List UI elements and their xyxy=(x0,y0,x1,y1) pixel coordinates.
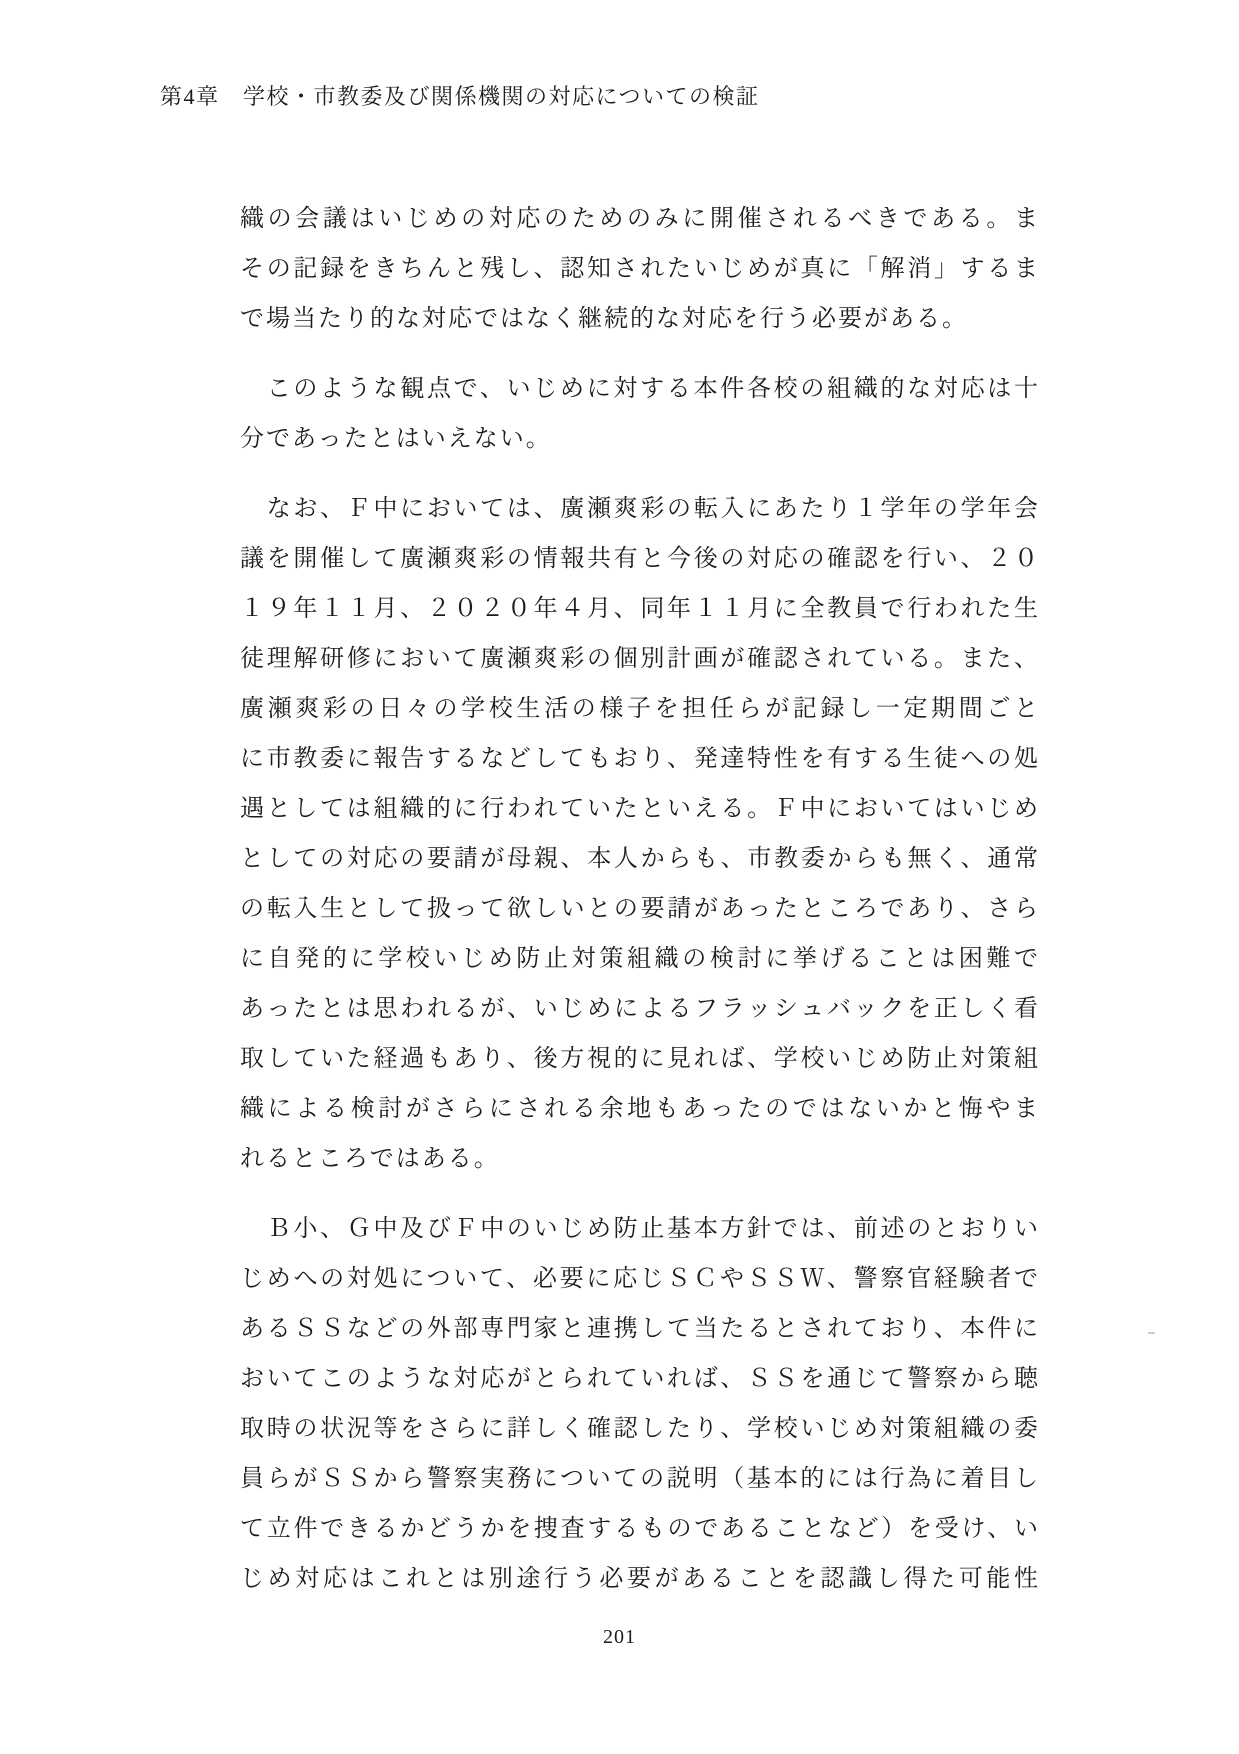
paragraph: このような観点で、いじめに対する本件各校の組織的な対応は十 分であったとはいえな… xyxy=(240,364,1040,464)
text-line: れるところではある。 xyxy=(240,1134,1040,1184)
text-line: に自発的に学校いじめ防止対策組織の検討に挙げることは困難で xyxy=(240,934,1040,984)
chapter-header: 第4章 学校・市教委及び関係機関の対応についての検証 xyxy=(160,80,760,111)
text-line: て立件できるかどうかを捜査するものであることなど）を受け、い xyxy=(240,1504,1040,1554)
text-line: 分であったとはいえない。 xyxy=(240,414,1040,464)
text-line: 廣瀬爽彩の日々の学校生活の様子を担任らが記録し一定期間ごと xyxy=(240,684,1040,734)
scan-artifact-dot xyxy=(1148,1332,1155,1334)
text-line: 員らがＳＳから警察実務についての説明（基本的には行為に着目し xyxy=(240,1454,1040,1504)
text-line: に市教委に報告するなどしてもおり、発達特性を有する生徒への処 xyxy=(240,734,1040,784)
paragraph: 織の会議はいじめの対応のためのみに開催されるべきである。また、 その記録をきちん… xyxy=(240,194,1040,344)
text-line: 議を開催して廣瀬爽彩の情報共有と今後の対応の確認を行い、２０ xyxy=(240,534,1040,584)
text-line: 遇としては組織的に行われていたといえる。Ｆ中においてはいじめ xyxy=(240,784,1040,834)
text-line: で場当たり的な対応ではなく継続的な対応を行う必要がある。 xyxy=(240,294,1040,344)
text-line: 徒理解研修において廣瀬爽彩の個別計画が確認されている。また、 xyxy=(240,634,1040,684)
text-line: なお、Ｆ中においては、廣瀬爽彩の転入にあたり１学年の学年会 xyxy=(240,484,1040,534)
text-line: あるＳＳなどの外部専門家と連携して当たるとされており、本件に xyxy=(240,1304,1040,1354)
paragraph: Ｂ小、Ｇ中及びＦ中のいじめ防止基本方針では、前述のとおりい じめへの対処について… xyxy=(240,1204,1040,1604)
text-line: あったとは思われるが、いじめによるフラッシュバックを正しく看 xyxy=(240,984,1040,1034)
paragraph: なお、Ｆ中においては、廣瀬爽彩の転入にあたり１学年の学年会 議を開催して廣瀬爽彩… xyxy=(240,484,1040,1184)
text-line: 織の会議はいじめの対応のためのみに開催されるべきである。また、 xyxy=(240,194,1040,244)
text-line: Ｂ小、Ｇ中及びＦ中のいじめ防止基本方針では、前述のとおりい xyxy=(240,1204,1040,1254)
page-number: 201 xyxy=(0,1626,1239,1649)
text-line: の転入生として扱って欲しいとの要請があったところであり、さら xyxy=(240,884,1040,934)
text-line: その記録をきちんと残し、認知されたいじめが真に「解消」するま xyxy=(240,244,1040,294)
text-line: おいてこのような対応がとられていれば、ＳＳを通じて警察から聴 xyxy=(240,1354,1040,1404)
text-line: 取していた経過もあり、後方視的に見れば、学校いじめ防止対策組 xyxy=(240,1034,1040,1084)
body-text: 織の会議はいじめの対応のためのみに開催されるべきである。また、 その記録をきちん… xyxy=(240,194,1040,1624)
text-line: このような観点で、いじめに対する本件各校の組織的な対応は十 xyxy=(240,364,1040,414)
text-line: 織による検討がさらにされる余地もあったのではないかと悔やま xyxy=(240,1084,1040,1134)
document-page: 第4章 学校・市教委及び関係機関の対応についての検証 織の会議はいじめの対応のた… xyxy=(0,0,1239,1754)
text-line: じめ対応はこれとは別途行う必要があることを認識し得た可能性 xyxy=(240,1554,1040,1604)
text-line: １９年１１月、２０２０年４月、同年１１月に全教員で行われた生 xyxy=(240,584,1040,634)
text-line: 取時の状況等をさらに詳しく確認したり、学校いじめ対策組織の委 xyxy=(240,1404,1040,1454)
text-line: じめへの対処について、必要に応じＳＣやＳＳＷ、警察官経験者で xyxy=(240,1254,1040,1304)
text-line: としての対応の要請が母親、本人からも、市教委からも無く、通常 xyxy=(240,834,1040,884)
